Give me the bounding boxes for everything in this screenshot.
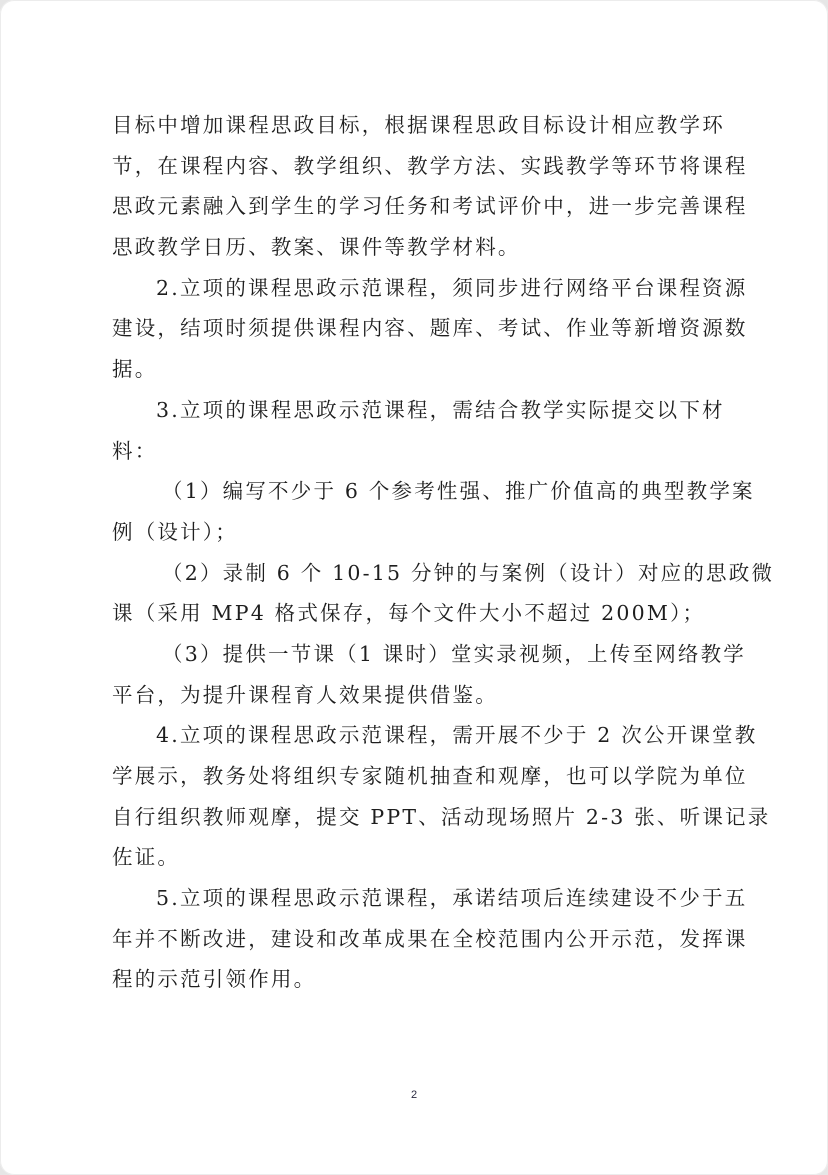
text-line: 平台，为提升课程育人效果提供借鉴。: [112, 675, 724, 716]
text-line: 程的示范引领作用。: [112, 959, 724, 1000]
document-page: 目标中增加课程思政目标，根据课程思政目标设计相应教学环 节，在课程内容、教学组织…: [0, 0, 828, 1175]
document-body: 目标中增加课程思政目标，根据课程思政目标设计相应教学环 节，在课程内容、教学组织…: [112, 105, 724, 1000]
text-line: 据。: [112, 349, 724, 390]
subitem-3-line: （3）提供一节课（1 课时）堂实录视频，上传至网络教学: [112, 634, 724, 675]
text-line: 例（设计）；: [112, 512, 724, 553]
subitem-2-line: （2）录制 6 个 10-15 分钟的与案例（设计）对应的思政微: [112, 553, 724, 594]
text-line: 年并不断改进，建设和改革成果在全校范围内公开示范，发挥课: [112, 919, 724, 960]
item-3-heading-line: 3.立项的课程思政示范课程，需结合教学实际提交以下材: [112, 390, 724, 431]
page-number: 2: [0, 1089, 828, 1101]
text-line: 佐证。: [112, 837, 724, 878]
text-line: 料：: [112, 431, 724, 472]
text-line: 自行组织教师观摩，提交 PPT、活动现场照片 2-3 张、听课记录: [112, 797, 724, 838]
text-line: 思政教学日历、教案、课件等教学材料。: [112, 227, 724, 268]
text-line: 建设，结项时须提供课程内容、题库、考试、作业等新增资源数: [112, 308, 724, 349]
text-line: 节，在课程内容、教学组织、教学方法、实践教学等环节将课程: [112, 146, 724, 187]
text-line: 课（采用 MP4 格式保存，每个文件大小不超过 200M）；: [112, 593, 724, 634]
text-line: 思政元素融入到学生的学习任务和考试评价中，进一步完善课程: [112, 186, 724, 227]
item-5-heading-line: 5.立项的课程思政示范课程，承诺结项后连续建设不少于五: [112, 878, 724, 919]
text-line: 学展示，教务处将组织专家随机抽查和观摩，也可以学院为单位: [112, 756, 724, 797]
subitem-1-line: （1）编写不少于 6 个参考性强、推广价值高的典型教学案: [112, 471, 724, 512]
item-2-heading-line: 2.立项的课程思政示范课程，须同步进行网络平台课程资源: [112, 268, 724, 309]
text-line: 目标中增加课程思政目标，根据课程思政目标设计相应教学环: [112, 105, 724, 146]
item-4-heading-line: 4.立项的课程思政示范课程，需开展不少于 2 次公开课堂教: [112, 715, 724, 756]
